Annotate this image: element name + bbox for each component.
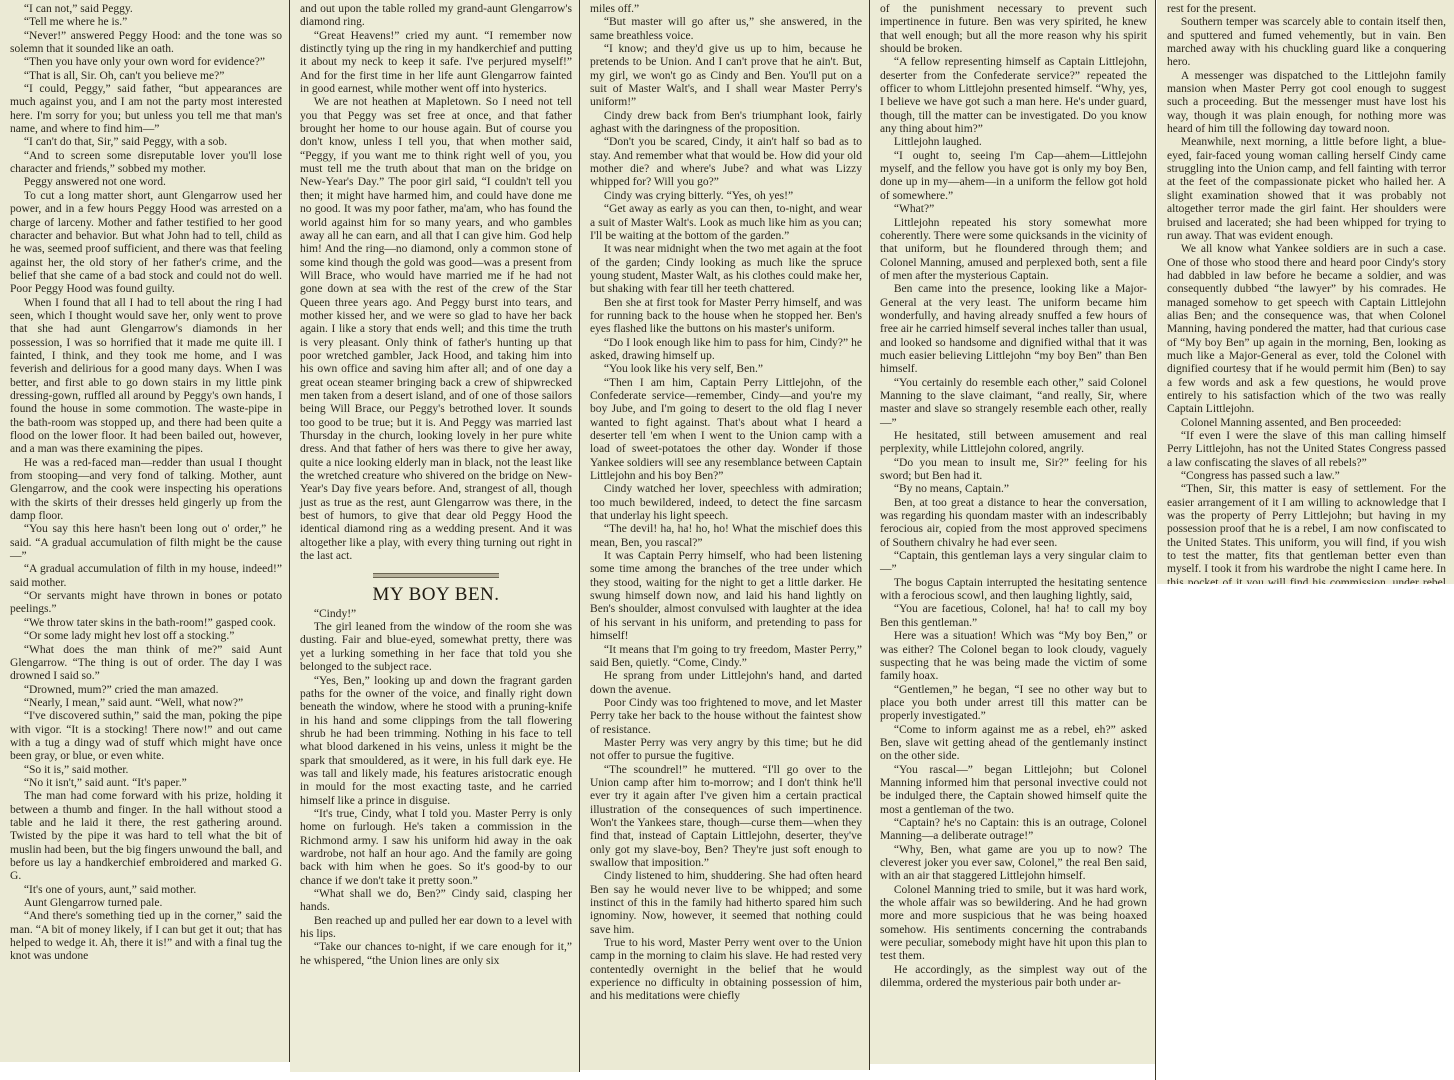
paragraph: Ben came into the presence, looking like… — [880, 283, 1147, 376]
paragraph: A messenger was dispatched to the Little… — [1167, 70, 1446, 137]
paragraph: Cindy was crying bitterly. “Yes, oh yes!… — [590, 190, 862, 203]
paragraph: Master Perry was very angry by this time… — [590, 737, 862, 764]
paragraph: “Gentlemen,” he began, “I see no other w… — [880, 684, 1147, 724]
paragraph: The man had come forward with his prize,… — [10, 790, 282, 883]
paragraph: “Congress has passed such a law.” — [1167, 470, 1446, 483]
paragraph: “Come to inform against me as a rebel, e… — [880, 724, 1147, 764]
paragraph: “Take our chances to-night, if we care e… — [300, 941, 572, 968]
paragraph: “Tell me where he is.” — [10, 16, 282, 29]
paragraph: of the punishment necessary to prevent s… — [880, 3, 1147, 56]
paragraph: Ben she at first took for Master Perry h… — [590, 297, 862, 337]
paragraph: “I know; and they'd give us up to him, b… — [590, 43, 862, 110]
newspaper-page: “I can not,” said Peggy.“Tell me where h… — [0, 0, 1454, 1080]
paragraph: “Don't you be scared, Cindy, it ain't ha… — [590, 136, 862, 189]
paragraph: Colonel Manning tried to smile, but it w… — [880, 884, 1147, 964]
peggy-story-ending: and out upon the table rolled my grand-a… — [300, 3, 572, 563]
section-separator-rule — [373, 573, 499, 578]
paragraph: To cut a long matter short, aunt Glengar… — [10, 190, 282, 297]
paragraph: “Why, Ben, what game are you up to now? … — [880, 844, 1147, 884]
column-4: of the punishment necessary to prevent s… — [870, 0, 1155, 1064]
paragraph: “So it is,” said mother. — [10, 764, 282, 777]
paragraph: “We throw tater skins in the bath-room!”… — [10, 617, 282, 630]
paragraph: The bogus Captain interrupted the hesita… — [880, 577, 1147, 604]
paragraph: “But master will go after us,” she answe… — [590, 16, 862, 43]
paragraph: “It's true, Cindy, what I told you. Mast… — [300, 808, 572, 888]
paragraph: “And there's something tied up in the co… — [10, 910, 282, 963]
paragraph: He was a red-faced man—redder than usual… — [10, 457, 282, 524]
paragraph: Littlejohn laughed. — [880, 136, 1147, 149]
paragraph: “That is all, Sir. Oh, can't you believe… — [10, 70, 282, 83]
paragraph: “Or some lady might hev lost off a stock… — [10, 630, 282, 643]
paragraph: “If even I were the slave of this man ca… — [1167, 430, 1446, 470]
column-5: rest for the present.Southern temper was… — [1157, 0, 1454, 584]
paragraph: We are not heathen at Mapletown. So I ne… — [300, 96, 572, 563]
paragraph: “I ought to, seeing I'm Cap—ahem—Littlej… — [880, 150, 1147, 203]
paragraph: “No it isn't,” said aunt. “It's paper.” — [10, 777, 282, 790]
paragraph: “A gradual accumulation of filth in my h… — [10, 563, 282, 590]
paragraph: Poor Cindy was too frightened to move, a… — [590, 697, 862, 737]
paragraph: When I found that all I had to tell abou… — [10, 297, 282, 457]
paragraph: Ben, at too great a distance to hear the… — [880, 497, 1147, 550]
paragraph: “Drowned, mum?” cried the man amazed. — [10, 684, 282, 697]
paragraph: Aunt Glengarrow turned pale. — [10, 897, 282, 910]
paragraph: “Great Heavens!” cried my aunt. “I remem… — [300, 30, 572, 97]
column-3: miles off.”“But master will go after us,… — [580, 0, 870, 1070]
paragraph: “What does the man think of me?” said Au… — [10, 644, 282, 684]
column-2: and out upon the table rolled my grand-a… — [290, 0, 580, 1072]
paragraph: “Nearly, I mean,” said aunt. “Well, what… — [10, 697, 282, 710]
paragraph: “Then you have only your own word for ev… — [10, 56, 282, 69]
paragraph: “You say this here hasn't been long out … — [10, 523, 282, 563]
paragraph: It was Captain Perry himself, who had be… — [590, 550, 862, 643]
my-boy-ben-opening: “Cindy!”The girl leaned from the window … — [300, 608, 572, 968]
paragraph: “You are facetious, Colonel, ha! ha! to … — [880, 603, 1147, 630]
paragraph: “You certainly do resemble each other,” … — [880, 377, 1147, 430]
paragraph: Cindy watched her lover, speechless with… — [590, 483, 862, 523]
paragraph: “Yes, Ben,” looking up and down the frag… — [300, 675, 572, 808]
paragraph: Here was a situation! Which was “My boy … — [880, 630, 1147, 683]
paragraph: miles off.” — [590, 3, 862, 16]
paragraph: Ben reached up and pulled her ear down t… — [300, 915, 572, 942]
paragraph: “The devil! ha, ha! ho, ho! What the mis… — [590, 523, 862, 550]
paragraph: “You rascal—” began Littlejohn; but Colo… — [880, 764, 1147, 817]
paragraph: “What?” — [880, 203, 1147, 216]
paragraph: True to his word, Master Perry went over… — [590, 937, 862, 1004]
column-1: “I can not,” said Peggy.“Tell me where h… — [0, 0, 290, 1062]
paragraph: “I can not,” said Peggy. — [10, 3, 282, 16]
paragraph: “Then, Sir, this matter is easy of settl… — [1167, 483, 1446, 584]
paragraph: Colonel Manning assented, and Ben procee… — [1167, 417, 1446, 430]
paragraph: We all know what Yankee soldiers are in … — [1167, 243, 1446, 416]
paragraph: “Get away as early as you can then, to-n… — [590, 203, 862, 243]
paragraph: “By no means, Captain.” — [880, 483, 1147, 496]
paragraph: “It means that I'm going to try freedom,… — [590, 644, 862, 671]
paragraph: “Do you mean to insult me, Sir?” feeling… — [880, 457, 1147, 484]
paragraph: He accordingly, as the simplest way out … — [880, 964, 1147, 991]
paragraph: “It's one of yours, aunt,” said mother. — [10, 884, 282, 897]
paragraph: The girl leaned from the window of the r… — [300, 621, 572, 674]
paragraph: “Do I look enough like him to pass for h… — [590, 337, 862, 364]
paragraph: “I've discovered suthin,” said the man, … — [10, 710, 282, 763]
story-title: MY BOY BEN. — [300, 588, 572, 601]
paragraph: “A fellow representing himself as Captai… — [880, 56, 1147, 136]
paragraph: Cindy listened to him, shuddering. She h… — [590, 870, 862, 937]
paragraph: Littlejohn repeated his story somewhat m… — [880, 217, 1147, 284]
my-boy-ben-ending: rest for the present.Southern temper was… — [1167, 3, 1446, 584]
paragraph: He hesitated, still between amusement an… — [880, 430, 1147, 457]
paragraph: and out upon the table rolled my grand-a… — [300, 3, 572, 30]
paragraph: It was near midnight when the two met ag… — [590, 243, 862, 296]
paragraph: “I can't do that, Sir,” said Peggy, with… — [10, 136, 282, 149]
paragraph: “What shall we do, Ben?” Cindy said, cla… — [300, 888, 572, 915]
paragraph: rest for the present. — [1167, 3, 1446, 16]
paragraph: “And to screen some disreputable lover y… — [10, 150, 282, 177]
paragraph: “Never!” answered Peggy Hood: and the to… — [10, 30, 282, 57]
paragraph: Cindy drew back from Ben's triumphant lo… — [590, 110, 862, 137]
paragraph: “Or servants might have thrown in bones … — [10, 590, 282, 617]
paragraph: “Captain, this gentleman lays a very sin… — [880, 550, 1147, 577]
paragraph: Southern temper was scarcely able to con… — [1167, 16, 1446, 69]
paragraph: “You look like his very self, Ben.” — [590, 363, 862, 376]
paragraph: Peggy answered not one word. — [10, 176, 282, 189]
paragraph: “Captain? he's no Captain: this is an ou… — [880, 817, 1147, 844]
column-divider — [1155, 0, 1156, 1080]
paragraph: “Cindy!” — [300, 608, 572, 621]
paragraph: “Then I am him, Captain Perry Littlejohn… — [590, 377, 862, 484]
paragraph: Meanwhile, next morning, a little before… — [1167, 136, 1446, 243]
paragraph: He sprang from under Littlejohn's hand, … — [590, 670, 862, 697]
paragraph: “I could, Peggy,” said father, “but appe… — [10, 83, 282, 136]
paragraph: “The scoundrel!” he muttered. “I'll go o… — [590, 764, 862, 871]
